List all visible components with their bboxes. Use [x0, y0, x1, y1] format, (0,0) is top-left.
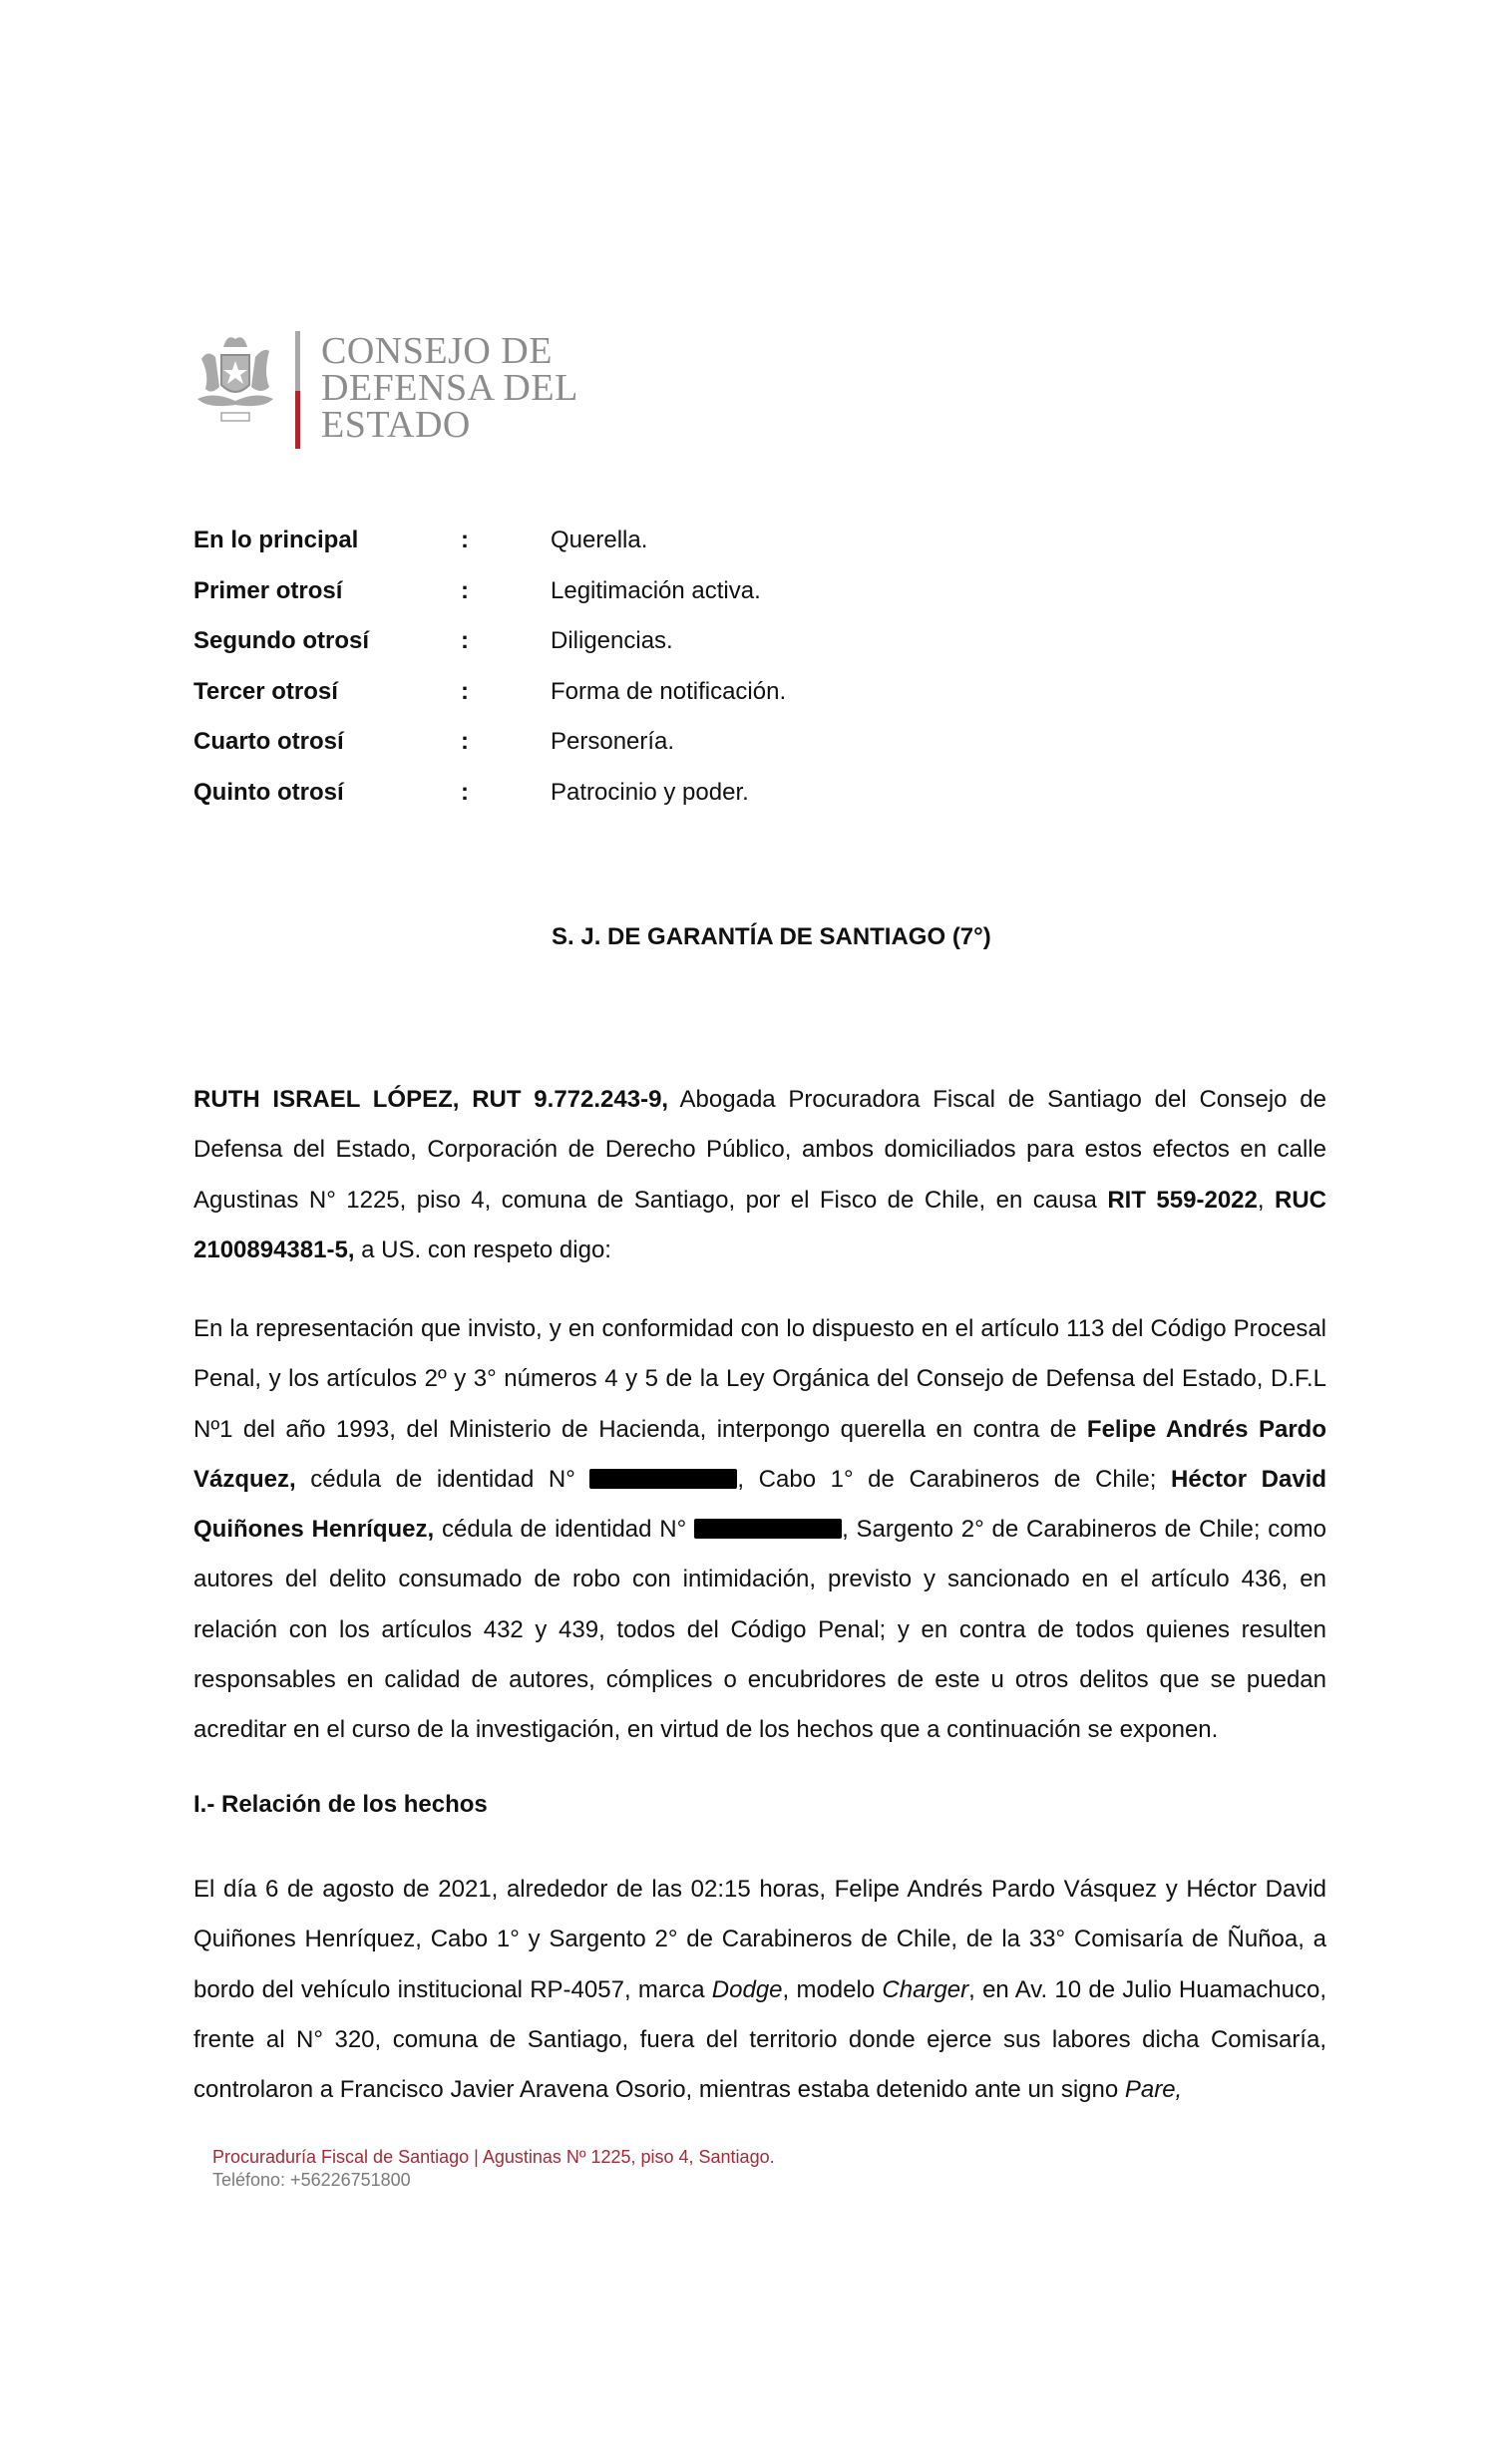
- summary-label: Primer otrosí: [193, 577, 342, 605]
- vehicle-brand: Dodge: [712, 1976, 783, 2003]
- vehicle-model: Charger: [882, 1976, 968, 2003]
- summary-value: Legitimación activa.: [551, 577, 761, 605]
- logo-line: DEFENSA DEL: [321, 370, 578, 407]
- summary-value: Forma de notificación.: [551, 678, 786, 706]
- footer-address: Procuraduría Fiscal de Santiago | Agusti…: [212, 2146, 775, 2169]
- logo-divider-gray: [295, 331, 300, 391]
- summary-label: En lo principal: [193, 527, 358, 554]
- traffic-sign: Pare,: [1125, 2076, 1182, 2103]
- logo-divider-red: [295, 391, 300, 449]
- redacted-id: [589, 1469, 737, 1489]
- logo-line: CONSEJO DE: [321, 333, 578, 370]
- summary-separator: :: [461, 577, 469, 605]
- section-heading: I.- Relación de los hechos: [193, 1791, 488, 1819]
- complaint-paragraph: En la representación que invisto, y en c…: [193, 1304, 1326, 1756]
- paragraph-text: cédula de identidad N°: [434, 1516, 694, 1543]
- summary-value: Diligencias.: [551, 627, 673, 655]
- summary-separator: :: [461, 678, 469, 706]
- footer-phone: Teléfono: +56226751800: [212, 2169, 775, 2192]
- rit-number: RIT 559-2022: [1107, 1187, 1258, 1214]
- summary-separator: :: [461, 627, 469, 655]
- summary-label: Tercer otrosí: [193, 678, 338, 706]
- redacted-id: [694, 1519, 842, 1539]
- facts-paragraph: El día 6 de agosto de 2021, alrededor de…: [193, 1865, 1326, 2115]
- paragraph-text: cédula de identidad N°: [296, 1466, 590, 1493]
- paragraph-text: ,: [1258, 1187, 1275, 1214]
- page-footer: Procuraduría Fiscal de Santiago | Agusti…: [212, 2146, 775, 2192]
- intro-paragraph: RUTH ISRAEL LÓPEZ, RUT 9.772.243-9, Abog…: [193, 1075, 1326, 1275]
- summary-separator: :: [461, 527, 469, 554]
- summary-label: Cuarto otrosí: [193, 728, 344, 756]
- logo-wordmark: CONSEJO DE DEFENSA DEL ESTADO: [321, 333, 578, 444]
- paragraph-text: a US. con respeto digo:: [354, 1236, 610, 1263]
- summary-value: Patrocinio y poder.: [551, 779, 749, 807]
- summary-separator: :: [461, 779, 469, 807]
- attorney-name: RUTH ISRAEL LÓPEZ, RUT 9.772.243-9,: [193, 1086, 668, 1113]
- paragraph-text: , Sargento 2° de Carabineros de Chile; c…: [193, 1516, 1326, 1743]
- summary-value: Personería.: [551, 728, 674, 756]
- chile-coat-of-arms-icon: [193, 329, 277, 439]
- paragraph-text: , modelo: [783, 1976, 883, 2003]
- paragraph-text: , Cabo 1° de Carabineros de Chile;: [737, 1466, 1171, 1493]
- summary-separator: :: [461, 728, 469, 756]
- logo-line: ESTADO: [321, 407, 578, 444]
- summary-value: Querella.: [551, 527, 647, 554]
- court-heading: S. J. DE GARANTÍA DE SANTIAGO (7°): [552, 923, 991, 951]
- summary-label: Segundo otrosí: [193, 627, 369, 655]
- summary-label: Quinto otrosí: [193, 779, 344, 807]
- institution-logo: CONSEJO DE DEFENSA DEL ESTADO: [193, 325, 612, 449]
